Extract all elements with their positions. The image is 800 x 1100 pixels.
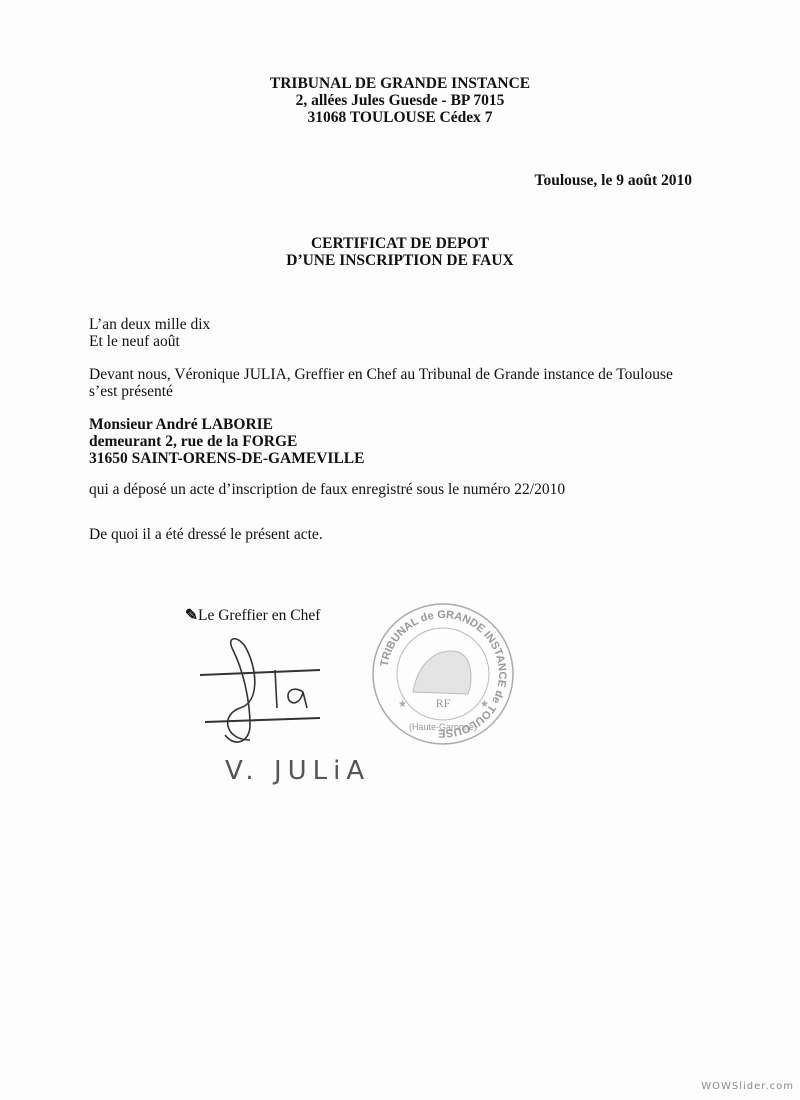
devant-line-2: s’est présenté [89, 383, 673, 400]
court-header: TRIBUNAL DE GRANDE INSTANCE 2, allées Ju… [0, 75, 800, 126]
signature-label: ✎Le Greffier en Chef [185, 606, 320, 625]
document-page: TRIBUNAL DE GRANDE INSTANCE 2, allées Ju… [0, 0, 800, 1100]
court-name: TRIBUNAL DE GRANDE INSTANCE [0, 75, 800, 92]
svg-text:RF: RF [436, 696, 451, 710]
document-date: Toulouse, le 9 août 2010 [535, 172, 692, 190]
intro-line-2: Et le neuf août [89, 333, 210, 350]
devant-line-1: Devant nous, Véronique JULIA, Greffier e… [89, 366, 673, 383]
closing-text: De quoi il a été dressé le présent acte. [89, 526, 323, 543]
handwritten-signature [195, 630, 335, 750]
party-address: demeurant 2, rue de la FORGE [89, 433, 364, 450]
court-seal-stamp: TRIBUNAL de GRANDE INSTANCE de TOULOUSE … [368, 602, 518, 747]
svg-text:★: ★ [398, 699, 407, 710]
intro-text: L’an deux mille dix Et le neuf août [89, 316, 210, 350]
devant-text: Devant nous, Véronique JULIA, Greffier e… [89, 366, 673, 400]
pen-mark-icon: ✎ [185, 607, 198, 624]
signature-title: Le Greffier en Chef [198, 607, 320, 624]
party-name: Monsieur André LABORIE [89, 416, 364, 433]
deposit-text: qui a déposé un acte d’inscription de fa… [89, 481, 565, 498]
svg-text:(Haute-Garonne): (Haute-Garonne) [409, 722, 477, 732]
court-city: 31068 TOULOUSE Cédex 7 [0, 109, 800, 126]
intro-line-1: L’an deux mille dix [89, 316, 210, 333]
svg-text:★: ★ [480, 699, 489, 710]
document-title: CERTIFICAT DE DEPOT D’UNE INSCRIPTION DE… [0, 235, 800, 269]
party-block: Monsieur André LABORIE demeurant 2, rue … [89, 416, 364, 467]
title-line-1: CERTIFICAT DE DEPOT [0, 235, 800, 252]
court-address: 2, allées Jules Guesde - BP 7015 [0, 92, 800, 109]
handwritten-name: V. JULiA [225, 756, 370, 786]
title-line-2: D’UNE INSCRIPTION DE FAUX [0, 252, 800, 269]
party-city: 31650 SAINT-ORENS-DE-GAMEVILLE [89, 450, 364, 467]
watermark: WOWSlider.com [701, 1081, 794, 1092]
